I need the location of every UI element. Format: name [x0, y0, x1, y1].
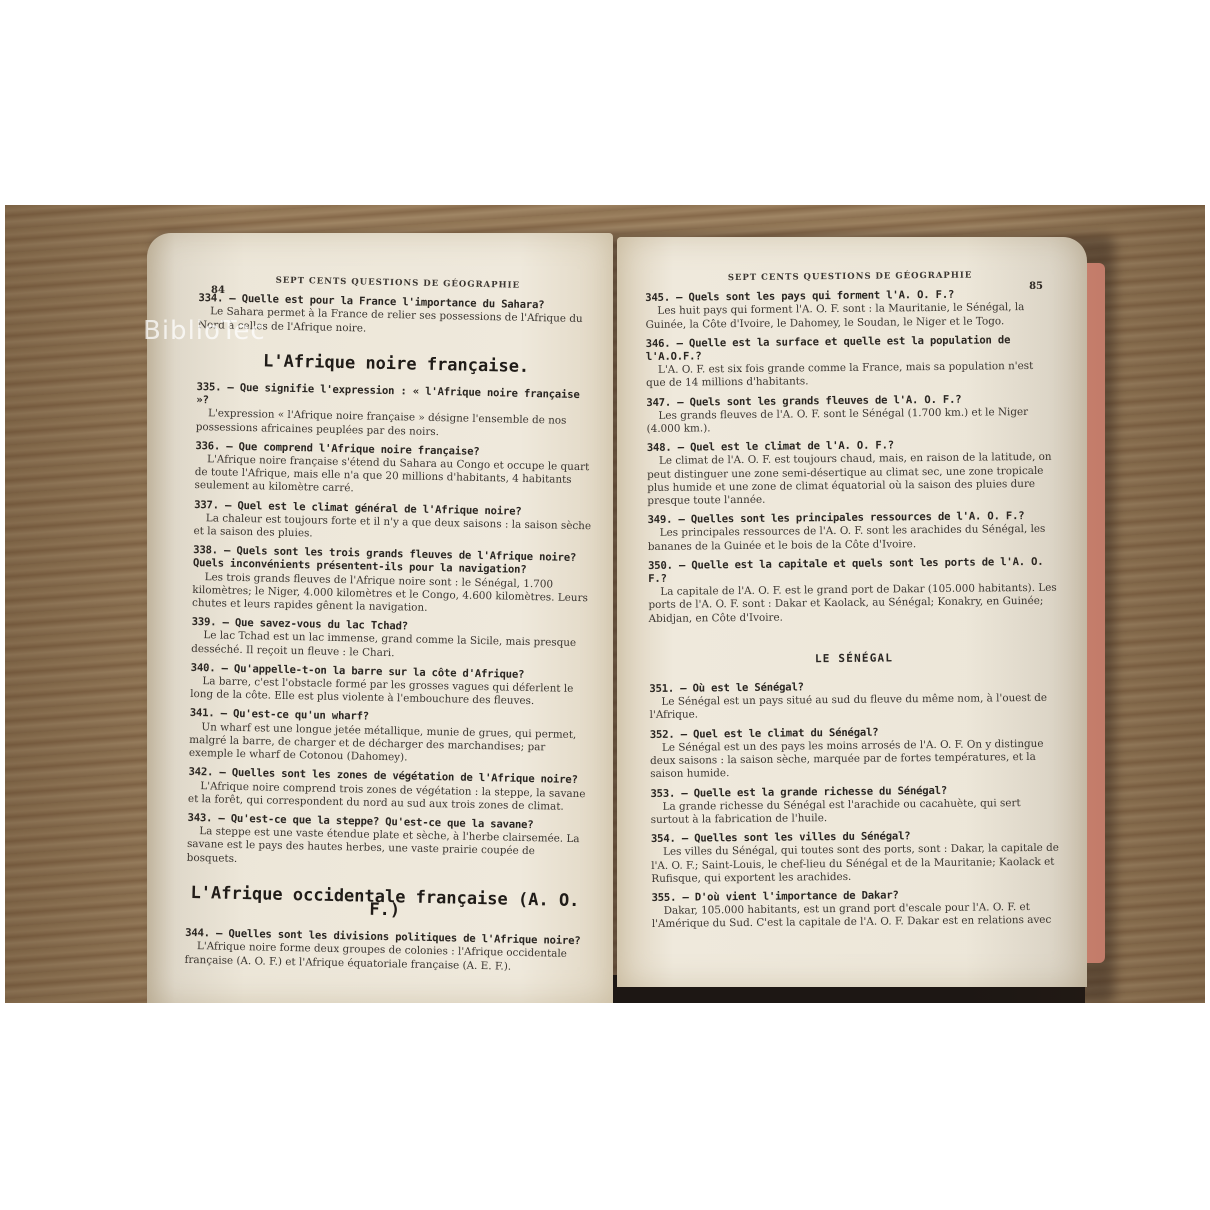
- section-heading: LE SÉNÉGAL: [649, 650, 1059, 667]
- question-answer: 337. — Quel est le climat général de l'A…: [193, 499, 592, 547]
- question-answer: 336. — Que comprend l'Afrique noire fran…: [194, 440, 593, 501]
- left-page-blocks: 334. — Quelle est pour la France l'impor…: [184, 292, 596, 975]
- answer-text: Les huit pays qui forment l'A. O. F. son…: [645, 301, 1055, 332]
- question-answer: 342. — Quelles sont les zones de végétat…: [188, 766, 587, 814]
- left-page: 84 SEPT CENTS QUESTIONS DE GÉOGRAPHIE 33…: [147, 233, 613, 1003]
- answer-text: La grande richesse du Sénégal est l'arac…: [651, 796, 1061, 827]
- question-answer: 335. — Que signifie l'expression : « l'A…: [196, 381, 595, 442]
- answer-text: Le Sénégal est un pays situé au sud du f…: [649, 692, 1059, 723]
- answer-text: Les villes du Sénégal, qui toutes sont d…: [651, 842, 1061, 886]
- right-page-text: SEPT CENTS QUESTIONS DE GÉOGRAPHIE 345. …: [645, 269, 1062, 932]
- question-answer: 340. — Qu'appelle-t-on la barre sur la c…: [190, 662, 589, 710]
- question-answer: 347. — Quels sont les grands fleuves de …: [646, 392, 1056, 436]
- question-answer: 352. — Quel est le climat du Sénégal?Le …: [650, 724, 1061, 781]
- answer-text: Dakar, 105.000 habitants, est un grand p…: [652, 901, 1062, 932]
- question-answer: 339. — Que savez-vous du lac Tchad?Le la…: [191, 616, 590, 664]
- question-answer: 355. — D'où vient l'importance de Dakar?…: [651, 888, 1061, 932]
- answer-text: La capitale de l'A. O. F. est le grand p…: [648, 582, 1058, 626]
- answer-text: Le climat de l'A. O. F. est toujours cha…: [647, 451, 1058, 508]
- question-answer: 348. — Quel est le climat de l'A. O. F.?…: [647, 438, 1058, 508]
- running-head-left: SEPT CENTS QUESTIONS DE GÉOGRAPHIE: [199, 273, 597, 295]
- question-answer: 343. — Qu'est-ce que la steppe? Qu'est-c…: [187, 812, 586, 873]
- question-answer: 354. — Quelles sont les villes du Sénéga…: [651, 829, 1062, 886]
- question-answer: 345. — Quels sont les pays qui forment l…: [645, 288, 1055, 332]
- answer-text: L'A. O. F. est six fois grande comme la …: [646, 360, 1056, 391]
- question-answer: 346. — Quelle est la surface et quelle e…: [646, 334, 1057, 391]
- answer-text: Un wharf est une longue jetée métallique…: [189, 721, 588, 769]
- answer-text: Les grands fleuves de l'A. O. F. sont le…: [646, 406, 1056, 437]
- answer-text: La steppe est une vaste étendue plate et…: [187, 825, 586, 873]
- right-page: 85 SEPT CENTS QUESTIONS DE GÉOGRAPHIE 34…: [617, 237, 1087, 987]
- section-heading: L'Afrique occidentale française (A. O. F…: [186, 887, 584, 922]
- answer-text: L'Afrique noire française s'étend du Sah…: [194, 453, 593, 501]
- section-heading: L'Afrique noire française.: [197, 354, 595, 376]
- question-answer: 341. — Qu'est-ce qu'un wharf?Un wharf es…: [189, 707, 588, 768]
- question-answer: 351. — Où est le Sénégal?Le Sénégal est …: [649, 679, 1059, 723]
- question-answer: 344. — Quelles sont les divisions politi…: [184, 927, 583, 975]
- question-answer: 350. — Quelle est la capitale et quels s…: [648, 556, 1059, 626]
- left-page-text: SEPT CENTS QUESTIONS DE GÉOGRAPHIE 334. …: [184, 273, 596, 975]
- question-answer: 338. — Quels sont les trois grands fleuv…: [192, 544, 591, 618]
- question-answer: 349. — Quelles sont les principales ress…: [648, 510, 1058, 554]
- running-head-right: SEPT CENTS QUESTIONS DE GÉOGRAPHIE: [645, 269, 1055, 286]
- answer-text: Les principales ressources de l'A. O. F.…: [648, 523, 1058, 554]
- question-answer: 353. — Quelle est la grande richesse du …: [650, 783, 1060, 827]
- right-page-blocks: 345. — Quels sont les pays qui forment l…: [645, 288, 1062, 932]
- answer-text: Le Sénégal est un des pays les moins arr…: [650, 738, 1060, 782]
- watermark: BiblioTec: [143, 316, 266, 346]
- answer-text: Les trois grands fleuves de l'Afrique no…: [192, 571, 591, 619]
